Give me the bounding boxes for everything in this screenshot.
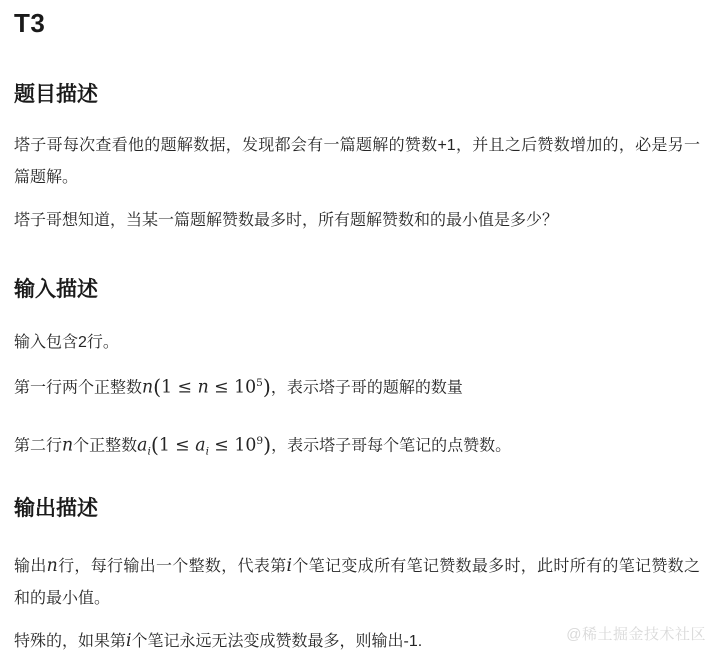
math-close-paren: ) — [263, 375, 271, 399]
chinese-text: 输出 — [14, 558, 47, 575]
chinese-text: 特殊的，如果第 — [14, 633, 126, 650]
output-paragraph-1: 输出n行，每行输出一个整数，代表第i个笔记变成所有笔记赞数最多时，此时所有的笔记… — [14, 550, 700, 615]
math-inequality-right: ≤ 10 — [209, 378, 256, 398]
input-rows-paragraph: 输入包含2行。 — [14, 327, 700, 359]
chinese-text: 个笔记永远无法变成赞数最多，则输出-1. — [132, 633, 423, 650]
section-heading-input-description: 输入描述 — [14, 278, 700, 302]
page-title: T3 — [14, 10, 700, 36]
input-line2-paragraph: 第二行n个正整数ai(1 ≤ ai ≤ 109)，表示塔子哥每个笔记的点赞数。 — [14, 427, 700, 464]
problem-page: T3 题目描述 塔子哥每次查看他的题解数据，发现都会有一篇题解的赞数+1，并且之… — [0, 0, 714, 651]
math-variable-a: a — [137, 435, 147, 455]
math-variable-n: n — [142, 378, 153, 398]
math-inequality-left: 1 ≤ — [159, 435, 195, 455]
math-variable-a: a — [195, 435, 205, 455]
chinese-text: ，表示塔子哥每个笔记的点赞数。 — [271, 437, 511, 454]
chinese-text: ，表示塔子哥的题解的数量 — [271, 380, 463, 397]
math-open-paren: ( — [153, 375, 161, 399]
problem-description-paragraph-2: 塔子哥想知道，当某一篇题解赞数最多时，所有题解赞数和的最小值是多少？ — [14, 205, 700, 237]
watermark: @稀土掘金技术社区 — [566, 623, 706, 644]
chinese-text: 个正整数 — [73, 437, 137, 454]
input-line1-paragraph: 第一行两个正整数n(1 ≤ n ≤ 105)，表示塔子哥的题解的数量 — [14, 369, 700, 406]
chinese-text: 第二行 — [14, 437, 62, 454]
math-close-paren: ) — [263, 433, 271, 457]
math-inequality-left: 1 ≤ — [161, 378, 197, 398]
section-heading-output-description: 输出描述 — [14, 497, 700, 521]
math-variable-n: n — [62, 435, 73, 455]
problem-description-paragraph-1: 塔子哥每次查看他的题解数据，发现都会有一篇题解的赞数+1，并且之后赞数增加的，必… — [14, 130, 700, 194]
chinese-text: 行，每行输出一个整数，代表第 — [58, 558, 287, 575]
math-exponent: 5 — [256, 377, 263, 389]
math-open-paren: ( — [151, 433, 159, 457]
math-variable-n: n — [47, 556, 58, 576]
math-variable-n: n — [198, 378, 209, 398]
chinese-text: 第一行两个正整数 — [14, 380, 142, 397]
section-heading-problem-description: 题目描述 — [14, 83, 700, 107]
math-inequality-right: ≤ 10 — [209, 435, 256, 455]
